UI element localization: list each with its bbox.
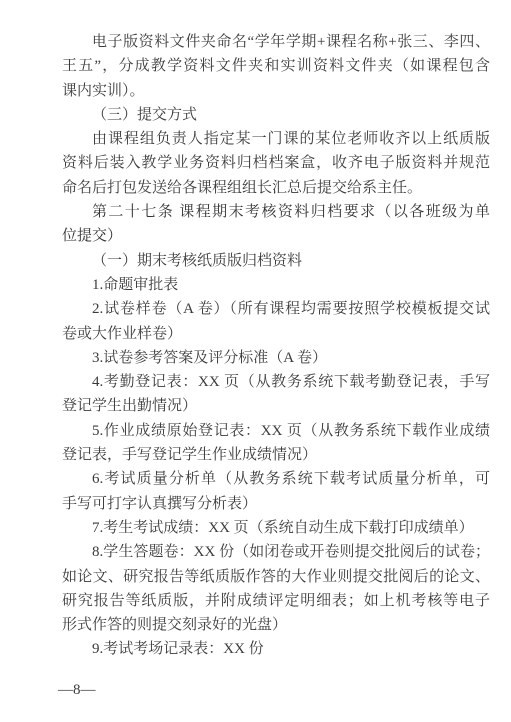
paragraph-line: （一）期末考核纸质版归档资料 bbox=[62, 249, 490, 273]
paragraph-line: 形式作答的则提交刻录好的光盘） bbox=[62, 613, 490, 637]
paragraph-line: 登记学生出勤情况） bbox=[62, 394, 490, 418]
paragraph-line: 电子版资料文件夹命名“学年学期+课程名称+张三、李四、 bbox=[62, 30, 490, 54]
paragraph-line: 卷或大作业样卷） bbox=[62, 322, 490, 346]
paragraph-line: 9.考试考场记录表：XX 份 bbox=[62, 637, 490, 661]
paragraph-line: 研究报告等纸质版，并附成绩评定明细表；如上机考核等电子 bbox=[62, 589, 490, 613]
paragraph-line: 4.考勤登记表：XX 页（从教务系统下载考勤登记表，手写 bbox=[62, 370, 490, 394]
paragraph-line: 如论文、研究报告等纸质版作答的大作业则提交批阅后的论文、 bbox=[62, 565, 490, 589]
heading-line: 第二十七条 课程期末考核资料归档要求（以各班级为单 bbox=[62, 200, 490, 224]
paragraph-line: 7.考生考试成绩：XX 页（系统自动生成下载打印成绩单） bbox=[62, 516, 490, 540]
page-number: —8— bbox=[58, 678, 96, 702]
paragraph-line: 手写可打字认真撰写分析表） bbox=[62, 492, 490, 516]
document-page: 电子版资料文件夹命名“学年学期+课程名称+张三、李四、王五”，分成教学资料文件夹… bbox=[0, 0, 511, 722]
paragraph-line: 3.试卷参考答案及评分标准（A 卷） bbox=[62, 346, 490, 370]
paragraph-line: 登记表，手写登记学生作业成绩情况） bbox=[62, 443, 490, 467]
paragraph-line: 资料后装入教学业务资料归档档案盒，收齐电子版资料并规范 bbox=[62, 151, 490, 175]
paragraph-line: 由课程组负责人指定某一门课的某位老师收齐以上纸质版 bbox=[62, 127, 490, 151]
paragraph-line: 2.试卷样卷（A 卷）（所有课程均需要按照学校模板提交试 bbox=[62, 297, 490, 321]
paragraph-line: 王五”，分成教学资料文件夹和实训资料文件夹（如课程包含 bbox=[62, 54, 490, 78]
paragraph-line: 命名后打包发送给各课程组组长汇总后提交给系主任。 bbox=[62, 176, 490, 200]
paragraph-line: 课内实训）。 bbox=[62, 79, 490, 103]
paragraph-line: 1.命题审批表 bbox=[62, 273, 490, 297]
paragraph-line: 5.作业成绩原始登记表：XX 页（从教务系统下载作业成绩 bbox=[62, 419, 490, 443]
heading-line: 位提交） bbox=[62, 224, 490, 248]
paragraph-line: 8.学生答题卷：XX 份（如闭卷或开卷则提交批阅后的试卷； bbox=[62, 540, 490, 564]
paragraph-line: （三）提交方式 bbox=[62, 103, 490, 127]
document-body: 电子版资料文件夹命名“学年学期+课程名称+张三、李四、王五”，分成教学资料文件夹… bbox=[62, 30, 490, 662]
paragraph-line: 6.考试质量分析单（从教务系统下载考试质量分析单，可 bbox=[62, 467, 490, 491]
